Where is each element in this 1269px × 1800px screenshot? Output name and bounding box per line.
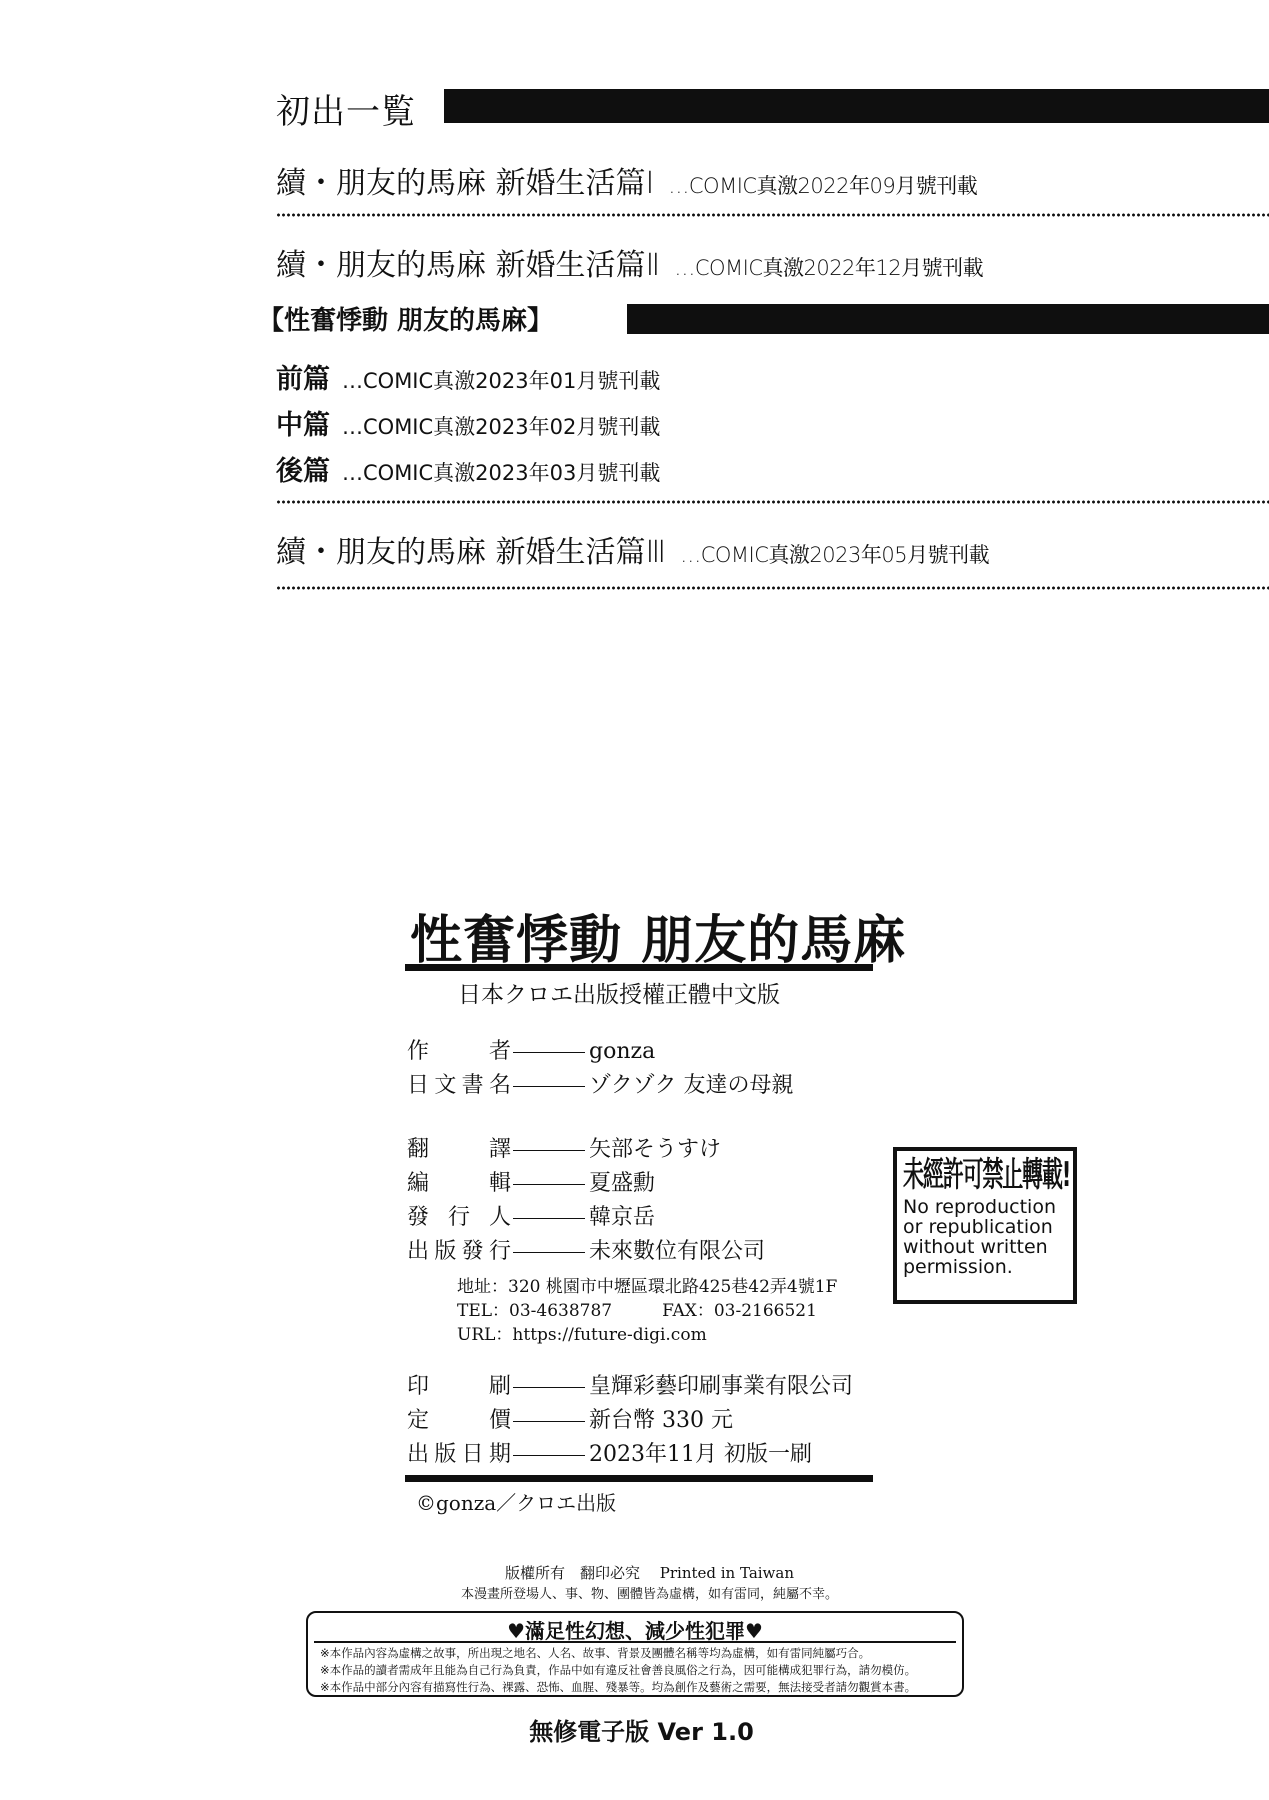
toc-entry-title: 續・朋友的馬麻 新婚生活篇Ⅲ	[276, 535, 666, 570]
warning-line: ※本作品的讀者需成年且能為自己行為負責，作品中如有違反社會善良風俗之行為，因可能…	[320, 1662, 962, 1679]
phone-fax: TEL：03-4638787FAX：03-2166521	[457, 1299, 837, 1323]
toc-entry-source: …COMIC真激2022年09月號刊載	[668, 174, 977, 198]
series-part-1: 前篇…COMIC真激2023年01月號刊載	[276, 357, 660, 396]
toc-title: 初出一覧	[276, 84, 416, 133]
credit-row: 翻 譯矢部そうすけ	[407, 1133, 765, 1167]
credits-group-a: 作 者gonza 日文書名ゾクゾク 友達の母親	[407, 1035, 794, 1103]
url: URL：https://future-digi.com	[457, 1323, 837, 1347]
book-title: 性奮悸動 朋友的馬麻	[410, 898, 906, 973]
warning-line: ※本作品內容為虛構之故事，所出現之地名、人名、故事、背景及團體名稱等均為虛構，如…	[320, 1645, 962, 1662]
title-underline	[405, 964, 873, 971]
publisher-contact: 地址：320 桃園市中壢區環北路425巷42弄4號1F TEL：03-46387…	[457, 1275, 837, 1347]
credit-row: 日文書名ゾクゾク 友達の母親	[407, 1069, 794, 1103]
credits-group-c: 印 刷皇輝彩藝印刷事業有限公司 定 價新台幣 330 元 出版日期2023年11…	[407, 1370, 853, 1472]
credit-row: 發 行 人韓京岳	[407, 1201, 765, 1235]
toc-entry-2: 續・朋友的馬麻 新婚生活篇Ⅱ…COMIC真激2022年12月號刊載	[276, 240, 983, 284]
credit-row: 出版發行未來數位有限公司	[407, 1235, 765, 1269]
license-note: 日本クロエ出版授權正體中文版	[458, 976, 780, 1009]
toc-title-bar	[444, 89, 1269, 123]
no-reproduction-notice: 未經許可禁止轉載! No reproduction or republicati…	[893, 1147, 1077, 1304]
credit-row: 出版日期2023年11月 初版一刷	[407, 1438, 853, 1472]
credit-row: 作 者gonza	[407, 1035, 794, 1069]
dotted-divider	[276, 500, 1269, 504]
warning-title: ♥滿足性幻想、減少性犯罪♥	[314, 1613, 956, 1643]
notice-zh: 未經許可禁止轉載!	[903, 1153, 1005, 1197]
credit-row: 印 刷皇輝彩藝印刷事業有限公司	[407, 1370, 853, 1404]
part-source: …COMIC真激2023年02月號刊載	[342, 415, 660, 439]
version-label: 無修電子版 Ver 1.0	[0, 1712, 1269, 1747]
toc-entry-source: …COMIC真激2022年12月號刊載	[674, 256, 983, 280]
part-label: 後篇	[276, 449, 342, 488]
copyright: ©gonza／クロエ出版	[416, 1487, 616, 1516]
dotted-divider	[276, 586, 1269, 590]
part-source: …COMIC真激2023年01月號刊載	[342, 369, 660, 393]
toc-entry-source: …COMIC真激2023年05月號刊載	[680, 543, 989, 567]
toc-entry-1: 續・朋友的馬麻 新婚生活篇Ⅰ…COMIC真激2022年09月號刊載	[276, 158, 977, 202]
tel: TEL：03-4638787	[457, 1301, 612, 1321]
toc-entry-3: 續・朋友的馬麻 新婚生活篇Ⅲ…COMIC真激2023年05月號刊載	[276, 527, 989, 571]
part-label: 中篇	[276, 403, 342, 442]
part-label: 前篇	[276, 357, 342, 396]
address: 地址：320 桃園市中壢區環北路425巷42弄4號1F	[457, 1275, 837, 1299]
fax: FAX：03-2166521	[662, 1301, 817, 1321]
series-part-3: 後篇…COMIC真激2023年03月號刊載	[276, 449, 660, 488]
notice-en: No reproduction or republication without…	[903, 1197, 1067, 1277]
rights-line: 版權所有 翻印必究 Printed in Taiwan	[0, 1562, 1269, 1583]
part-source: …COMIC真激2023年03月號刊載	[342, 461, 660, 485]
credits-group-b: 翻 譯矢部そうすけ 編 輯夏盛勳 發 行 人韓京岳 出版發行未來數位有限公司	[407, 1133, 765, 1269]
content-warning-box: ♥滿足性幻想、減少性犯罪♥ ※本作品內容為虛構之故事，所出現之地名、人名、故事、…	[306, 1611, 964, 1697]
credit-row: 編 輯夏盛勳	[407, 1167, 765, 1201]
warning-line: ※本作品中部分內容有描寫性行為、裸露、恐怖、血腥、殘暴等。均為創作及藝術之需要，…	[320, 1679, 962, 1696]
series-title: 【性奮悸動 朋友的馬麻】	[258, 300, 553, 337]
series-part-2: 中篇…COMIC真激2023年02月號刊載	[276, 403, 660, 442]
dotted-divider	[276, 213, 1269, 217]
toc-entry-title: 續・朋友的馬麻 新婚生活篇Ⅰ	[276, 166, 654, 201]
toc-entry-title: 續・朋友的馬麻 新婚生活篇Ⅱ	[276, 248, 660, 283]
disclaimer: 本漫畫所登場人、事、物、團體皆為虛構，如有雷同，純屬不幸。	[0, 1583, 1269, 1602]
credit-row: 定 價新台幣 330 元	[407, 1404, 853, 1438]
colophon-bottom-rule	[405, 1475, 873, 1482]
series-title-bar	[627, 304, 1269, 334]
